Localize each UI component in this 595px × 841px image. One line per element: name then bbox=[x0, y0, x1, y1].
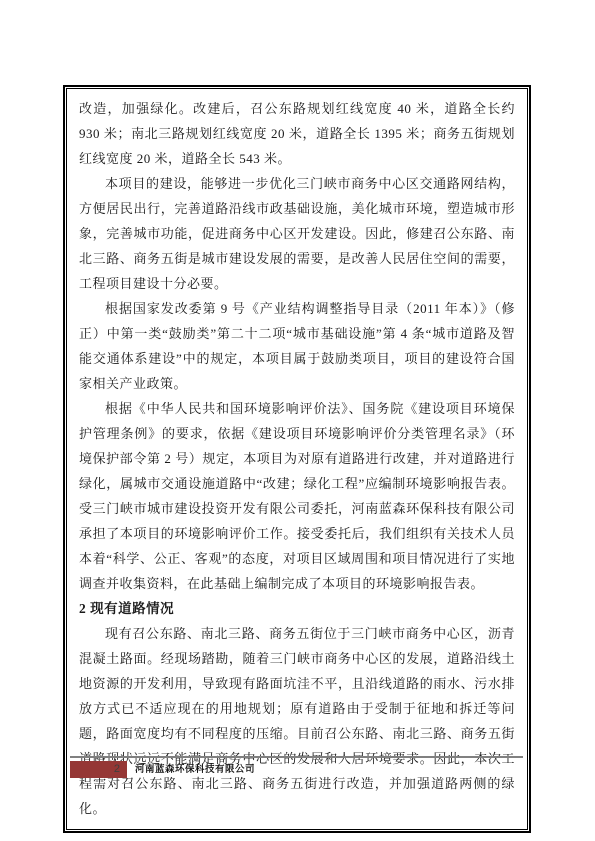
document-page: 改造，加强绿化。改建后，召公东路规划红线宽度 40 米，道路全长约 930 米；… bbox=[0, 0, 595, 841]
footer-company-name: 河南蓝森环保科技有限公司 bbox=[135, 761, 255, 778]
paragraph: 根据国家发改委第 9 号《产业结构调整指导目录（2011 年本）》（修正）中第一… bbox=[79, 296, 515, 396]
section-heading: 2 现有道路情况 bbox=[79, 596, 515, 621]
footer-divider bbox=[70, 756, 523, 758]
paragraph: 改造，加强绿化。改建后，召公东路规划红线宽度 40 米，道路全长约 930 米；… bbox=[79, 96, 515, 171]
paragraph: 本项目的建设，能够进一步优化三门峡市商务中心区交通路网结构，方便居民出行，完善道… bbox=[79, 171, 515, 296]
paragraph: 根据《中华人民共和国环境影响评价法》、国务院《建设项目环境保护管理条例》的要求，… bbox=[79, 396, 515, 596]
report-content-box: 改造，加强绿化。改建后，召公东路规划红线宽度 40 米，道路全长约 930 米；… bbox=[63, 85, 531, 833]
content-blocks: 改造，加强绿化。改建后，召公东路规划红线宽度 40 米，道路全长约 930 米；… bbox=[66, 88, 528, 830]
paragraph: 现有召公东路、南北三路、商务五街位于三门峡市商务中心区，沥青混凝土路面。经现场踏… bbox=[79, 621, 515, 821]
page-number-badge: 2 bbox=[70, 761, 127, 778]
